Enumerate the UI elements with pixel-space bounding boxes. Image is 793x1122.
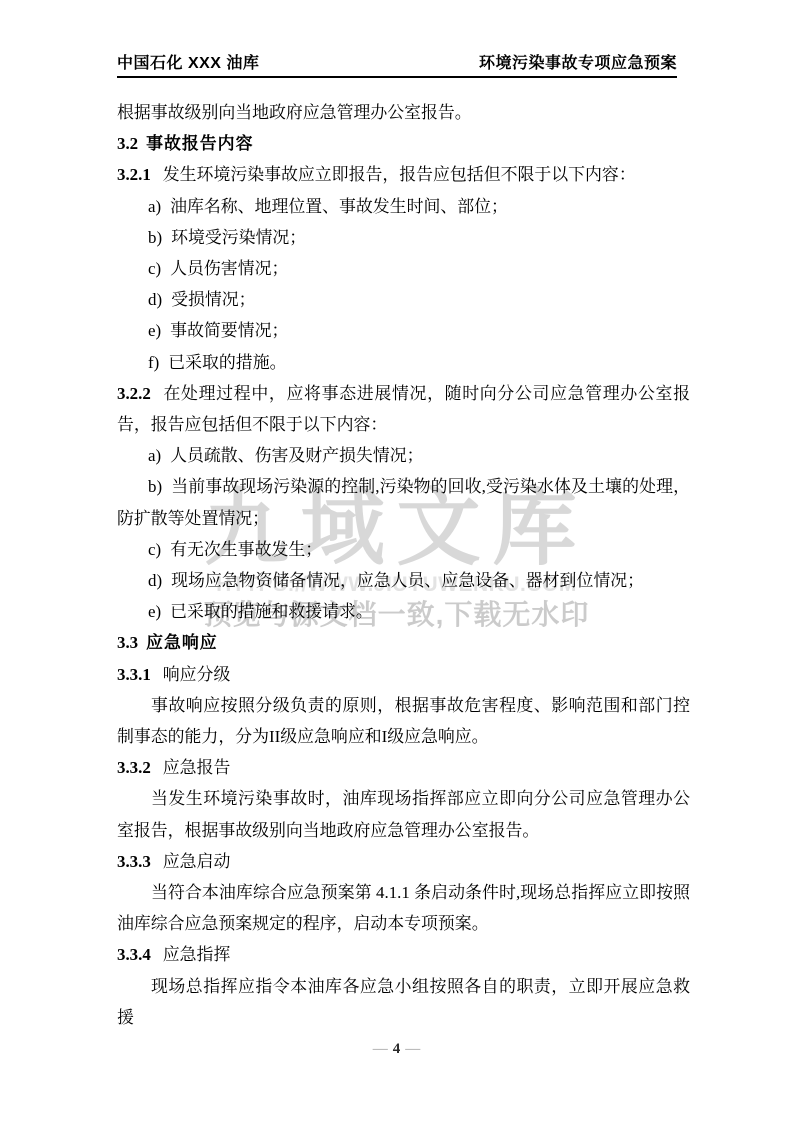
list-item: d)现场应急物资储备情况，应急人员、应急设备、器材到位情况；: [117, 565, 690, 596]
list-marker: f): [148, 353, 159, 372]
list-text: 有无次生事故发生；: [170, 540, 322, 559]
clause-number: 3.2.2: [117, 384, 151, 403]
list-item: c)人员伤害情况；: [117, 253, 690, 284]
subsection-heading-3-3-3: 3.3.3应急启动: [117, 846, 690, 877]
list-text: 油库名称、地理位置、事故发生时间、部位；: [170, 197, 508, 216]
section-heading-3-3: 3.3应急响应: [117, 627, 690, 658]
document-body: 根据事故级别向当地政府应急管理办公室报告。 3.2事故报告内容 3.2.1发生环…: [117, 97, 690, 1033]
subsection-number: 3.3.3: [117, 852, 151, 871]
list-marker: d): [148, 571, 162, 590]
list-marker: a): [148, 446, 161, 465]
list-marker: b): [148, 477, 162, 496]
list-marker: a): [148, 197, 161, 216]
list-text: 现场应急物资储备情况，应急人员、应急设备、器材到位情况；: [171, 571, 644, 590]
document-page: 九域文库 HTTPS://WWW.JIUYUWENKU.COM 预览与源文档一致…: [0, 0, 793, 1122]
list-item: e)事故简要情况；: [117, 315, 690, 346]
section-title: 应急响应: [146, 633, 218, 652]
list-text: 人员伤害情况；: [170, 259, 288, 278]
list-text: 当前事故现场污染源的控制,污染物的回收,受污染水体及土壤的处理，防扩散等处置情况…: [117, 477, 690, 527]
body-paragraph: 现场总指挥应指令本油库各应急小组按照各自的职责，立即开展应急救援: [117, 971, 690, 1033]
clause-3-2-2: 3.2.2在处理过程中，应将事态进展情况，随时向分公司应急管理办公室报告，报告应…: [117, 378, 690, 440]
subsection-title: 应急启动: [163, 852, 231, 871]
list-marker: b): [148, 228, 162, 247]
subsection-number: 3.3.1: [117, 665, 151, 684]
subsection-title: 响应分级: [163, 665, 231, 684]
body-paragraph: 当发生环境污染事故时，油库现场指挥部应立即向分公司应急管理办公室报告，根据事故级…: [117, 783, 690, 845]
list-marker: c): [148, 259, 161, 278]
subsection-number: 3.3.4: [117, 945, 151, 964]
list-text: 已采取的措施。: [168, 353, 286, 372]
list-marker: e): [148, 321, 161, 340]
clause-number: 3.2.1: [117, 165, 151, 184]
subsection-heading-3-3-2: 3.3.2应急报告: [117, 752, 690, 783]
list-marker: c): [148, 540, 161, 559]
clause-text: 在处理过程中，应将事态进展情况，随时向分公司应急管理办公室报告，报告应包括但不限…: [117, 384, 690, 434]
subsection-title: 应急指挥: [163, 945, 231, 964]
list-text: 环境受污染情况；: [171, 228, 306, 247]
list-item: d)受损情况；: [117, 284, 690, 315]
section-heading-3-2: 3.2事故报告内容: [117, 128, 690, 159]
list-item: b)当前事故现场污染源的控制,污染物的回收,受污染水体及土壤的处理，防扩散等处置…: [117, 471, 690, 533]
subsection-heading-3-3-4: 3.3.4应急指挥: [117, 939, 690, 970]
list-item: c)有无次生事故发生；: [117, 534, 690, 565]
footer-dash-right: —: [405, 1041, 420, 1057]
page-header: 中国石化 XXX 油库 环境污染事故专项应急预案: [117, 50, 677, 73]
clause-3-2-1: 3.2.1发生环境污染事故应立即报告，报告应包括但不限于以下内容：: [117, 159, 690, 190]
clause-text: 发生环境污染事故应立即报告，报告应包括但不限于以下内容：: [163, 165, 636, 184]
subsection-title: 应急报告: [163, 758, 231, 777]
list-item: a)人员疏散、伤害及财产损失情况；: [117, 440, 690, 471]
header-rule: [117, 76, 677, 78]
list-marker: e): [148, 602, 161, 621]
list-item: f)已采取的措施。: [117, 347, 690, 378]
list-item: b)环境受污染情况；: [117, 222, 690, 253]
list-text: 受损情况；: [171, 290, 255, 309]
page-number: 4: [393, 1041, 401, 1057]
list-item: e)已采取的措施和救援请求。: [117, 596, 690, 627]
list-text: 事故简要情况；: [170, 321, 288, 340]
body-paragraph: 事故响应按照分级负责的原则，根据事故危害程度、影响范围和部门控制事态的能力，分为…: [117, 690, 690, 752]
list-text: 人员疏散、伤害及财产损失情况；: [170, 446, 423, 465]
section-number: 3.2: [117, 134, 138, 153]
list-marker: d): [148, 290, 162, 309]
subsection-heading-3-3-1: 3.3.1响应分级: [117, 659, 690, 690]
header-right-title: 环境污染事故专项应急预案: [479, 50, 677, 73]
paragraph-continuation: 根据事故级别向当地政府应急管理办公室报告。: [117, 97, 690, 128]
section-title: 事故报告内容: [146, 134, 253, 153]
footer-dash-left: —: [373, 1041, 388, 1057]
list-text: 已采取的措施和救援请求。: [170, 602, 373, 621]
list-item: a)油库名称、地理位置、事故发生时间、部位；: [117, 191, 690, 222]
section-number: 3.3: [117, 633, 138, 652]
body-paragraph: 当符合本油库综合应急预案第 4.1.1 条启动条件时,现场总指挥应立即按照油库综…: [117, 877, 690, 939]
page-footer: —4—: [0, 1040, 793, 1058]
subsection-number: 3.3.2: [117, 758, 151, 777]
header-left-title: 中国石化 XXX 油库: [117, 50, 259, 73]
